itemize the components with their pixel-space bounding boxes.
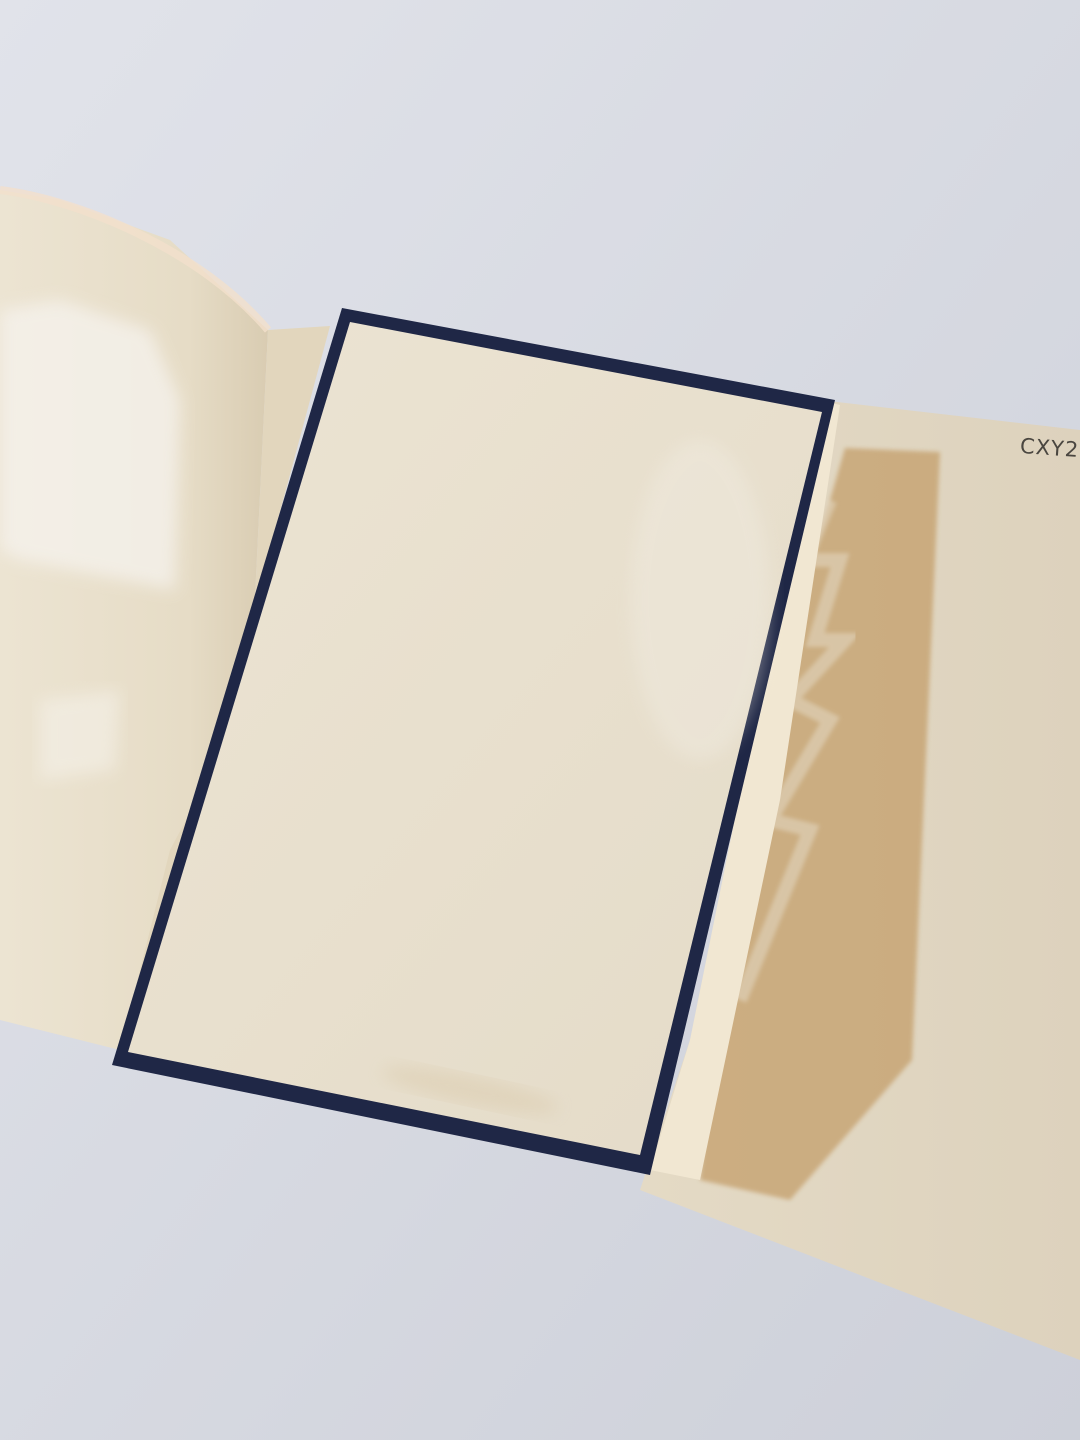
pencil-inventory-mark: CXY2 [1019,434,1080,462]
book-illustration [0,0,1080,1440]
photo-scene [0,0,1080,1440]
